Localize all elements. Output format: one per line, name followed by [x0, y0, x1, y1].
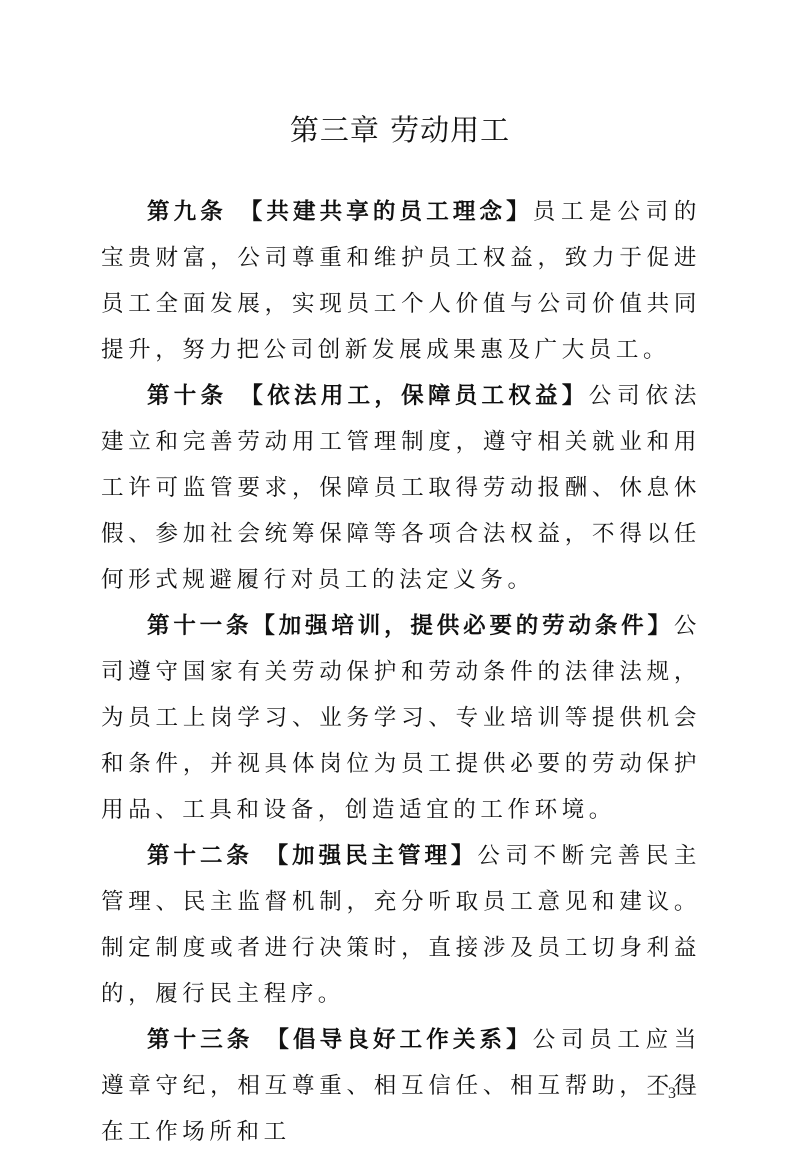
page-number: — 3 —: [648, 1085, 696, 1103]
article-12: 第十二条 【加强民主管理】公司不断完善民主管理、民主监督机制，充分听取员工意见和…: [101, 833, 701, 1017]
article-heading: 【依法用工，保障员工权益】: [240, 383, 588, 409]
article-13: 第十三条 【倡导良好工作关系】公司员工应当遵章守纪，相互尊重、相互信任、相互帮助…: [101, 1017, 701, 1155]
article-number: 第十三条: [147, 1027, 254, 1053]
article-number: 第十条: [147, 383, 227, 409]
article-text: 公司依法建立和完善劳动用工管理制度，遵守相关就业和用工许可监管要求，保障员工取得…: [101, 383, 701, 593]
article-number: 第十二条: [147, 843, 253, 869]
article-10: 第十条 【依法用工，保障员工权益】公司依法建立和完善劳动用工管理制度，遵守相关就…: [101, 373, 701, 603]
article-heading: 【共建共享的员工理念】: [240, 199, 533, 225]
document-body: 第九条 【共建共享的员工理念】员工是公司的宝贵财富，公司尊重和维护员工权益，致力…: [101, 189, 701, 1155]
article-heading: 【加强培训，提供必要的劳动条件】: [252, 613, 674, 639]
article-number: 第九条: [147, 199, 227, 225]
article-11: 第十一条【加强培训，提供必要的劳动条件】公司遵守国家有关劳动保护和劳动条件的法律…: [101, 603, 701, 833]
chapter-title: 第三章 劳动用工: [0, 108, 800, 149]
article-9: 第九条 【共建共享的员工理念】员工是公司的宝贵财富，公司尊重和维护员工权益，致力…: [101, 189, 701, 373]
article-text: 公司遵守国家有关劳动保护和劳动条件的法律法规，为员工上岗学习、业务学习、专业培训…: [101, 613, 701, 823]
article-heading: 【加强民主管理】: [266, 843, 478, 869]
article-number: 第十一条: [147, 613, 252, 639]
article-heading: 【倡导良好工作关系】: [266, 1027, 532, 1053]
